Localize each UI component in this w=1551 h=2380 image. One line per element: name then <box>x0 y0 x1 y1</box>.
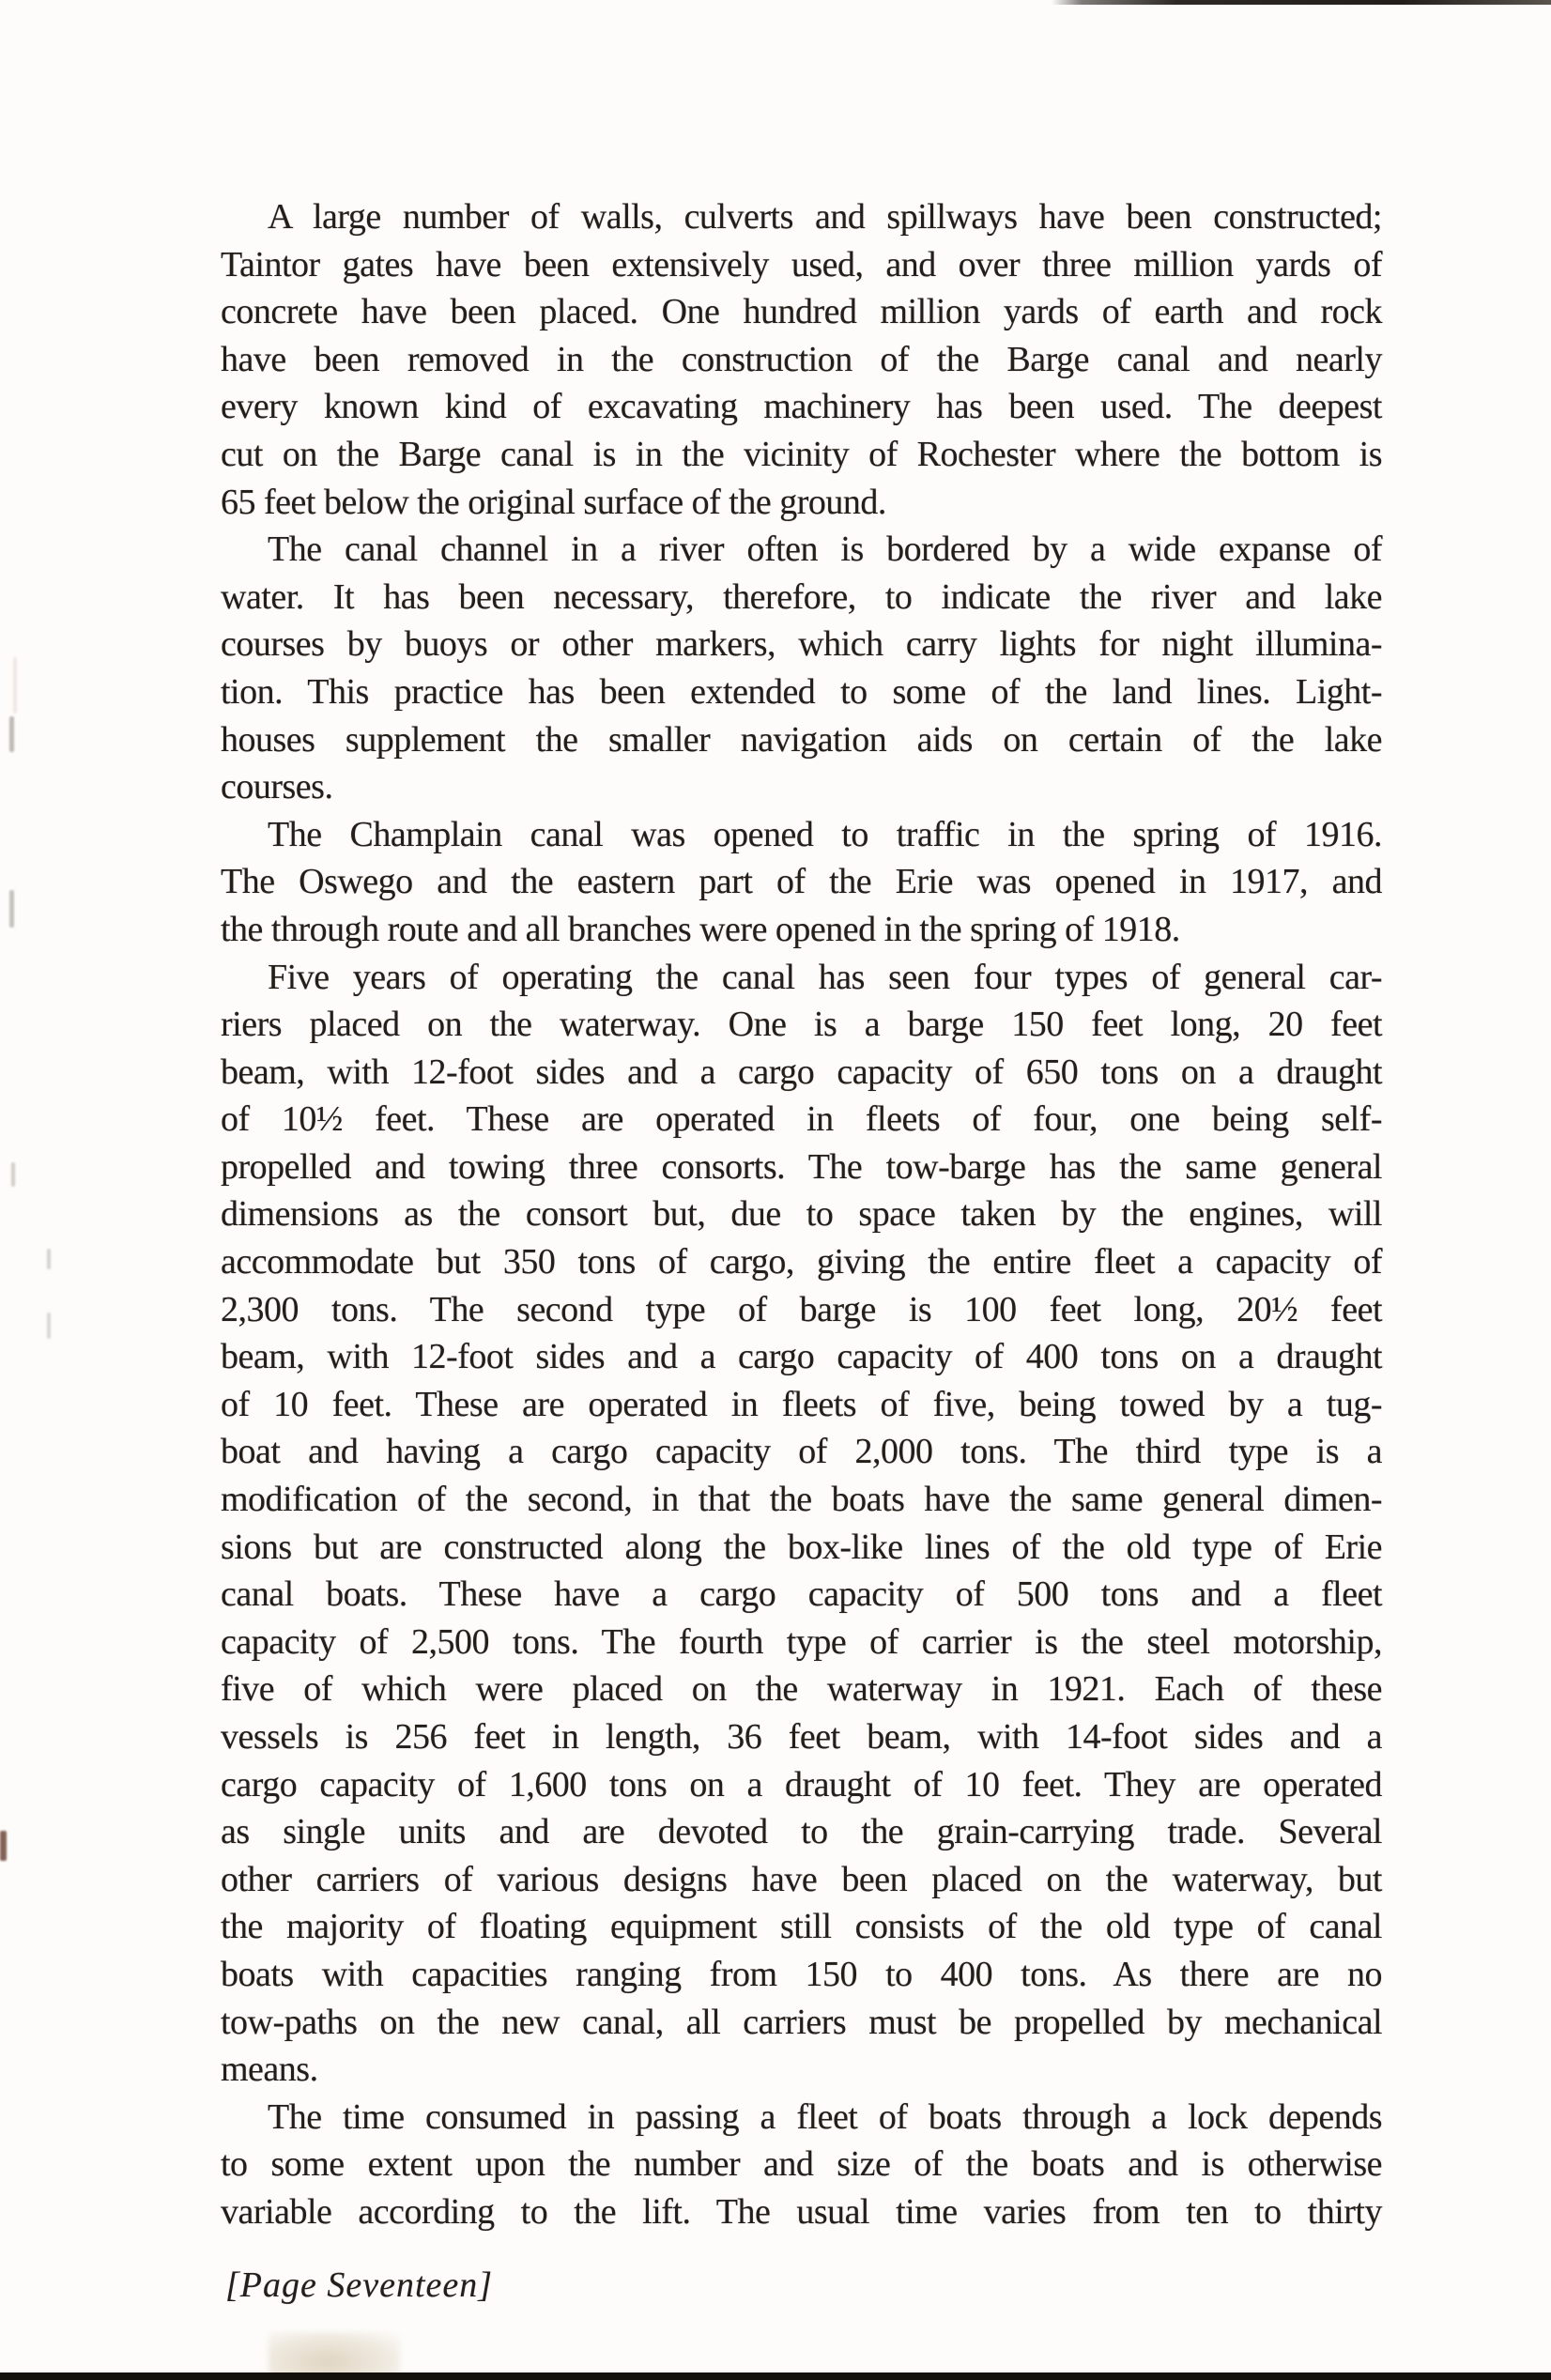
text-line: propelled and towing three consorts. The… <box>221 1144 1382 1191</box>
text-line: variable according to the lift. The usua… <box>221 2188 1382 2236</box>
text-line: every known kind of excavating machinery… <box>221 383 1382 431</box>
text-line: courses. <box>221 763 1382 811</box>
text-line: canal boats. These have a cargo capacity… <box>221 1571 1382 1619</box>
scan-mark <box>9 890 14 928</box>
text-line: boat and having a cargo capacity of 2,00… <box>221 1428 1382 1476</box>
text-line: as single units and are devoted to the g… <box>221 1808 1382 1856</box>
text-line: tow-paths on the new canal, all carriers… <box>221 1999 1382 2047</box>
text-line: beam, with 12-foot sides and a cargo cap… <box>221 1333 1382 1381</box>
text-line: houses supplement the smaller navigation… <box>221 716 1382 764</box>
text-line: cut on the Barge canal is in the vicinit… <box>221 431 1382 479</box>
text-line: accommodate but 350 tons of cargo, givin… <box>221 1238 1382 1286</box>
page-number-footer: [Page Seventeen] <box>225 2265 493 2306</box>
text-line: the majority of floating equipment still… <box>221 1903 1382 1951</box>
text-line: have been removed in the construction of… <box>221 336 1382 384</box>
paragraph: The Champlain canal was opened to traffi… <box>221 811 1382 954</box>
text-line: water. It has been necessary, therefore,… <box>221 574 1382 622</box>
scan-mark <box>11 1162 15 1187</box>
text-line: Taintor gates have been extensively used… <box>221 241 1382 289</box>
text-line: capacity of 2,500 tons. The fourth type … <box>221 1619 1382 1666</box>
text-line: beam, with 12-foot sides and a cargo cap… <box>221 1049 1382 1097</box>
text-line: concrete have been placed. One hundred m… <box>221 288 1382 336</box>
text-line: boats with capacities ranging from 150 t… <box>221 1951 1382 1999</box>
text-line: dimensions as the consort but, due to sp… <box>221 1190 1382 1238</box>
paragraph: The time consumed in passing a fleet of … <box>221 2094 1382 2236</box>
text-line: modification of the second, in that the … <box>221 1476 1382 1524</box>
text-line: other carriers of various designs have b… <box>221 1856 1382 1904</box>
paragraph: A large number of walls, culverts and sp… <box>221 193 1382 526</box>
text-line: sions but are constructed along the box-… <box>221 1524 1382 1572</box>
text-line: The Oswego and the eastern part of the E… <box>221 858 1382 906</box>
text-line: of 10½ feet. These are operated in fleet… <box>221 1096 1382 1144</box>
text-line: Five years of operating the canal has se… <box>221 954 1382 1002</box>
scan-mark <box>47 1249 51 1269</box>
text-block: A large number of walls, culverts and sp… <box>221 193 1382 2236</box>
scan-mark <box>0 1831 7 1861</box>
text-line: riers placed on the waterway. One is a b… <box>221 1001 1382 1049</box>
text-line: cargo capacity of 1,600 tons on a draugh… <box>221 1761 1382 1809</box>
text-line: vessels is 256 feet in length, 36 feet b… <box>221 1713 1382 1761</box>
text-line: The canal channel in a river often is bo… <box>221 526 1382 574</box>
text-line: 2,300 tons. The second type of barge is … <box>221 1286 1382 1334</box>
scanned-page: A large number of walls, culverts and sp… <box>0 0 1551 2380</box>
text-line: to some extent upon the number and size … <box>221 2141 1382 2188</box>
paragraph: Five years of operating the canal has se… <box>221 954 1382 2094</box>
scan-edge-top-line <box>1052 0 1551 5</box>
scan-mark <box>9 716 14 752</box>
text-line: The Champlain canal was opened to traffi… <box>221 811 1382 859</box>
text-line: The time consumed in passing a fleet of … <box>221 2094 1382 2142</box>
text-line: of 10 feet. These are operated in fleets… <box>221 1381 1382 1429</box>
text-line: A large number of walls, culverts and sp… <box>221 193 1382 241</box>
scan-mark <box>13 657 17 714</box>
scan-edge-bottom-line <box>0 2372 1551 2380</box>
text-line: courses by buoys or other markers, which… <box>221 621 1382 668</box>
text-line: the through route and all branches were … <box>221 906 1382 954</box>
scan-mark <box>47 1313 51 1339</box>
text-line: five of which were placed on the waterwa… <box>221 1666 1382 1713</box>
text-line: 65 feet below the original surface of th… <box>221 479 1382 527</box>
paragraph: The canal channel in a river often is bo… <box>221 526 1382 811</box>
text-line: tion. This practice has been extended to… <box>221 668 1382 716</box>
text-line: means. <box>221 2046 1382 2094</box>
